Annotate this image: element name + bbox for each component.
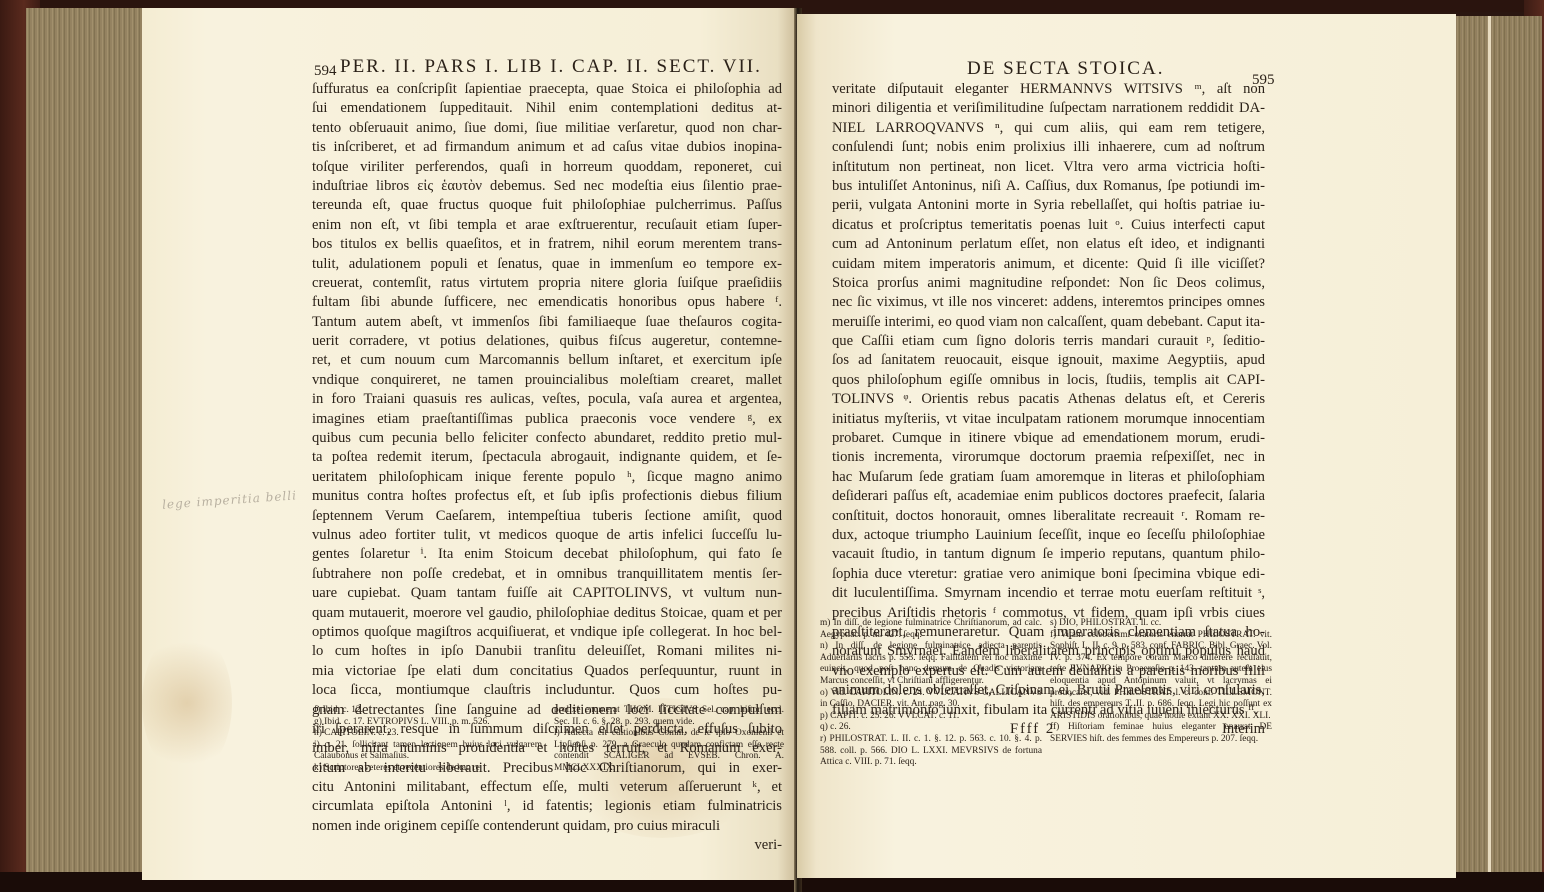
text-line: probaret. Cumque in itinere vbique ad em… [832,429,1265,448]
text-line: enim non eſt, vt ſibi templa et arae exſ… [312,216,782,235]
text-line: deſiderari paſſus eſt, academiae enim pu… [832,487,1265,506]
text-line: hac Muſarum ſede gratiam ſuam amoremque … [832,468,1265,487]
text-line: creuerat, contemſit, ratus virtutem prop… [312,274,782,293]
left-page: 594 PER. II. PARS I. LIB I. CAP. II. SEC… [142,8,797,880]
text-line: ſubtrahere non poſſe credebat, et in omn… [312,565,782,584]
footnote: h) CAPITOLIN. c. 23. [314,728,542,740]
footnote: o) Vid. CAPITOLIN. c. 24. VVLCATIVS GALL… [820,688,1042,711]
text-line: ſeptennem Verum Caeſarem, intempeſtiua t… [312,507,782,526]
water-stain [142,628,232,778]
text-line: NIEL LARROQVANVS ⁿ, qui cum aliis, qui e… [832,119,1265,138]
text-line: Tantum autem abeſt, vt immenſos ſibi fam… [312,313,782,332]
text-line: que Caſſii etiam cum ſigno doloris terri… [832,332,1265,351]
text-line: vndique conquireret, ne tamen prouincial… [312,371,782,390]
page-number: 594 [314,63,337,80]
text-line: quam mutauerit, moerore vel gaudio, phil… [312,604,782,623]
text-line: ſos ad ſanitatem reuocauit, eisque ignou… [832,351,1265,370]
text-line: ſophia duce vteretur: gratiae vero animi… [832,565,1265,584]
text-line: tis inſcriberet, et ad firmandum animum … [312,138,782,157]
footnote: g) Ibid. c. 17. EVTROPIVS L. VIII. p. m.… [314,717,542,729]
footnote: r) PHILOSTRAT. L. II. c. 1. §. 12. p. 56… [820,734,1042,769]
text-line: quibus cum pecunia bello feliciter confe… [312,429,782,448]
text-line: induſtriae libros εἰς ἑαυτὸν debemus. Se… [312,177,782,196]
text-line: ſui emendationem ſuppeditauit. Nihil eni… [312,99,782,118]
running-head: DE SECTA STOICA. [967,58,1164,80]
margin-annotation: lege imperitia belli [162,488,298,511]
text-line: uerit corradere, vt potius delationes, q… [312,332,782,351]
text-line: dux, actoque triumpho Lauinium ſeceſſit,… [832,526,1265,545]
text-line: mia victoriae ſpe elati dum concitatius … [312,662,782,681]
text-line: ret, et cum nouum cum Marcomannis bellum… [312,351,782,370]
text-line: conſulendi ſunt; nobis enim prolixius il… [832,138,1265,157]
text-line: citu Antonini militabant, effectum eſſe,… [312,778,782,797]
text-line: conſtituit, doctos honorauit, omnes libe… [832,507,1265,526]
text-line: minori diligentia et veriſimilitudine ſu… [832,99,1265,118]
text-line: cum ad Antoninum perlatum eſſet, non ela… [832,235,1265,254]
text-line: ueritatem philoſophicam inique ferente p… [312,468,782,487]
text-line: in foro Traiani quasuis res aulicas, veſ… [312,390,782,409]
text-line: vulnus adeo fortiter tulit, vt medicos q… [312,526,782,545]
page-edges-right [1456,16,1542,872]
text-line: fultam ſibi abunde ſufficere, nec emendi… [312,293,782,312]
text-line: gentes ſolaretur ⁱ. Ita enim Stoicum dec… [312,545,782,564]
running-head: PER. II. PARS I. LIB I. CAP. II. SECT. V… [340,56,762,78]
text-line: ſuffuratus ea conſcripſit ſapientiae pra… [312,80,782,99]
footnotes-column-2: s) DIO, PHILOSTRAT. ll. cc.f) Vitam cele… [1050,618,1272,746]
footnote: s) DIO, PHILOSTRAT. ll. cc. [1050,618,1272,630]
text-line: quos philoſophum egiſſe omnibus in locis… [832,371,1265,390]
text-line: tereunda eſt, quae fructus quoque fuit p… [312,196,782,215]
signature-line: veri- [312,836,782,855]
text-line: nomen inde originem cepiſſe contenderunt… [312,817,782,836]
footnote: k) Scriptores veteres et recentiores de … [314,763,542,775]
text-line: lo cum hoſtes in ipſo Danubii tranſitu d… [312,642,782,661]
text-line: perii, vulgata Antonini morte in Syria r… [832,196,1265,215]
text-line: bos titulos ex bellis quaeſitos, et in f… [312,235,782,254]
text-line: bus intuliſſet Antoninus, niſi A. Caſſiu… [832,177,1265,196]
text-line: initiatus myſteriis, vt vitae inculpatam… [832,410,1265,429]
text-line: inſtitutum non pertineat, non licet. Vlt… [832,158,1265,177]
text-line: tento obſeruauit animo, ſiue domi, ſiue … [312,119,782,138]
footnote: prolixe enumerat THOM. ITTIGIVS Sel. cap… [554,705,784,728]
footnotes-column-1: f) Ibid. c. 12.g) Ibid. c. 17. EVTROPIVS… [314,705,542,775]
text-line: dit luculentiſſima. Smyrnam incendio et … [832,584,1265,603]
text-line: Stoica prorſus animi magnitudine reſpond… [832,274,1265,293]
text-line: veritate diſputauit eleganter HERMANNVS … [832,80,1265,99]
footnotes-column-1: m) In diſſ. de legione fulminatrice Chri… [820,618,1042,769]
footnote: p) CAPIT. c. 25. 26. VVLCAT. c. 11. [820,711,1042,723]
text-line: vacauit ſtudio, in tantum dignum ſe impe… [832,545,1265,564]
footnote: n) In diſſ. de legione fulminatrice adie… [820,641,1042,687]
text-line: munitus contra hoſtes profectus eſt, et … [312,487,782,506]
footnote: q) c. 26. [820,722,1042,734]
text-line: meruiſſe interimi, eo quod viam non calc… [832,313,1265,332]
text-line: cuidam mitem imperatoris animum, et dice… [832,255,1265,274]
footnote: f) Vitam celeberrimi oratoris enarrat PH… [1050,630,1272,723]
page-edge-highlight [1488,16,1491,872]
text-line: imagines etiam praeſtantiſſimas publica … [312,410,782,429]
text-line: nec ſic viximus, vt ille nos vinceret: a… [832,293,1265,312]
text-line: tionis incrementa, virorumque doctorum p… [832,448,1265,467]
text-line: TOLINVS ᵠ. Orientis rebus pacatis Athena… [832,390,1265,409]
text-line: toſque viriliter perferendos, quaſi in h… [312,158,782,177]
text-line: circumlata epiſtola Antonini ˡ, id faten… [312,797,782,816]
footnote: m) In diſſ. de legione fulminatrice Chri… [820,618,1042,641]
footnote: f) Ibid. c. 12. [314,705,542,717]
footnote: ff) Hiſtoriam feminae huius eleganter en… [1050,722,1272,745]
right-page: DE SECTA STOICA. 595 veritate diſputauit… [797,14,1456,878]
text-line: optimos quoſque magiſtros acquiſiuerat, … [312,623,782,642]
footnote: l) Adiecta eſt editionibus Comm. de ſe i… [554,728,784,774]
text-line: dicatus et proſcriptus temeritatis poena… [832,216,1265,235]
text-line: ta poſtea redemit iterum, ſpectacula abr… [312,448,782,467]
catchword: veri- [754,836,782,855]
footnote: i) c. 21. ſollicitant tamen lectionem hu… [314,740,542,763]
text-line: uare cupiebat. Quam tantam fuiſſe ait CA… [312,584,782,603]
text-line: tulit, adulationem populi et ſenatus, qu… [312,255,782,274]
text-line: loca ſicca, montiumque clauſtris includu… [312,681,782,700]
page-edges-left [26,8,144,880]
footnotes-column-2: prolixe enumerat THOM. ITTIGIVS Sel. cap… [554,705,784,775]
